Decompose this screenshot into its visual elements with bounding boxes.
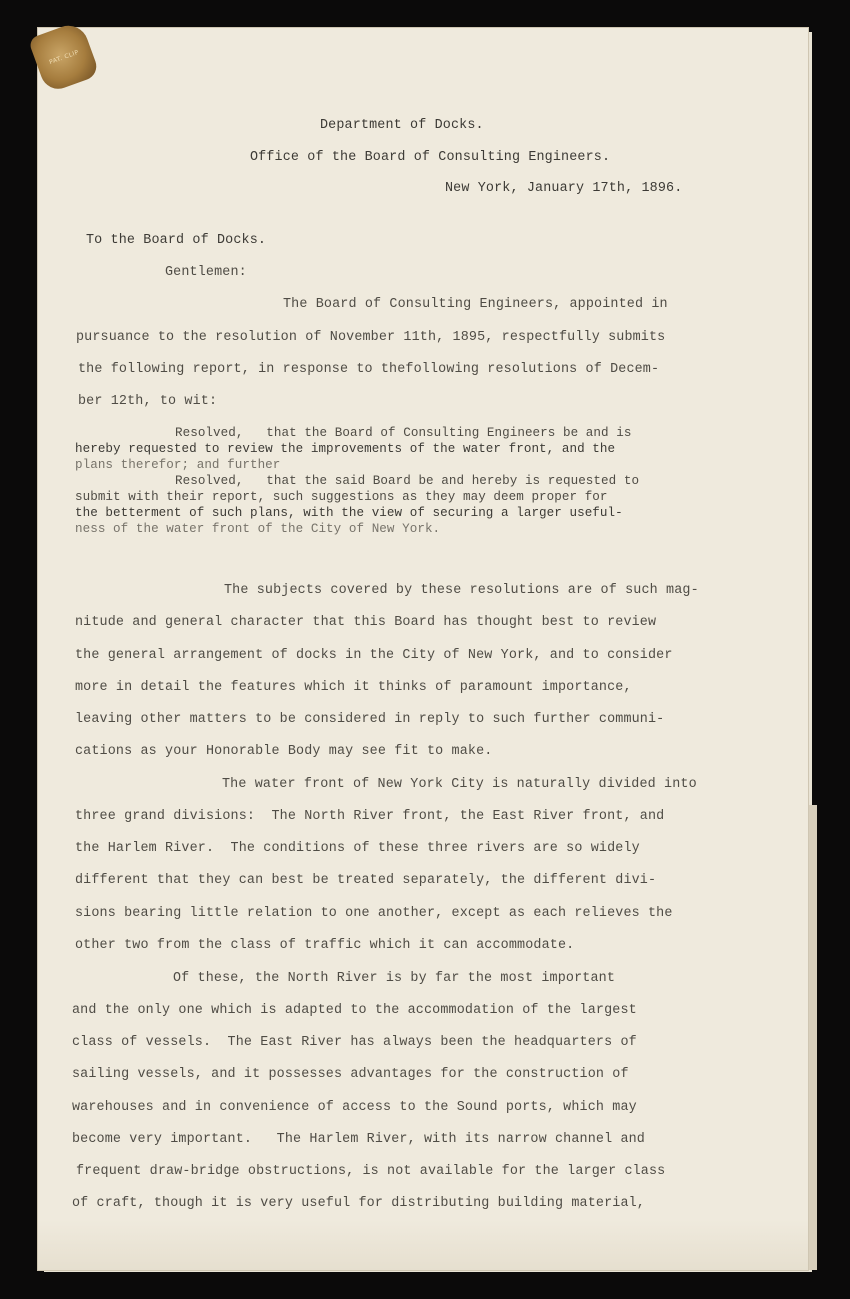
paragraph-line: different that they can best be treated … [75, 873, 656, 888]
paragraph-line: frequent draw-bridge obstructions, is no… [76, 1164, 665, 1179]
paragraph-line: class of vessels. The East River has alw… [72, 1035, 637, 1050]
paragraph-line: warehouses and in convenience of access … [72, 1100, 637, 1115]
paragraph-line: Of these, the North River is by far the … [173, 971, 615, 986]
resolution-line: ness of the water front of the City of N… [75, 522, 440, 536]
paragraph-line: of craft, though it is very useful for d… [72, 1196, 645, 1211]
salutation: Gentlemen: [165, 265, 247, 280]
resolution-line: the betterment of such plans, with the v… [75, 506, 623, 520]
paragraph-line: The subjects covered by these resolution… [224, 583, 699, 598]
paragraph-line: sailing vessels, and it possesses advant… [72, 1067, 629, 1082]
header-department: Department of Docks. [320, 118, 484, 133]
paragraph-line: other two from the class of traffic whic… [75, 938, 574, 953]
paragraph-line: cations as your Honorable Body may see f… [75, 744, 492, 759]
resolution-line: hereby requested to review the improveme… [75, 442, 615, 456]
paragraph-line: the general arrangement of docks in the … [75, 648, 673, 663]
paragraph-line: three grand divisions: The North River f… [75, 809, 664, 824]
paragraph-line: leaving other matters to be considered i… [75, 712, 664, 727]
resolution-line: Resolved, that the Board of Consulting E… [175, 426, 631, 440]
clip-label: PAT. CLIP [48, 48, 80, 65]
resolution-line: Resolved, that the said Board be and her… [175, 474, 639, 488]
paragraph-line: sions bearing little relation to one ano… [75, 906, 673, 921]
header-place-date: New York, January 17th, 1896. [445, 181, 682, 196]
paragraph-line: The water front of New York City is natu… [222, 777, 697, 792]
paragraph-line: and the only one which is adapted to the… [72, 1003, 637, 1018]
paragraph-line: nitude and general character that this B… [75, 615, 656, 630]
resolution-line: plans therefor; and further [75, 458, 280, 472]
paragraph-line: the Harlem River. The conditions of thes… [75, 841, 640, 856]
intro-line: the following report, in response to the… [78, 362, 659, 377]
addressee: To the Board of Docks. [86, 233, 266, 248]
paragraph-line: more in detail the features which it thi… [75, 680, 632, 695]
intro-line: The Board of Consulting Engineers, appoi… [283, 297, 668, 312]
intro-line: pursuance to the resolution of November … [76, 330, 665, 345]
paragraph-line: become very important. The Harlem River,… [72, 1132, 645, 1147]
header-office: Office of the Board of Consulting Engine… [250, 150, 610, 165]
intro-line: ber 12th, to wit: [78, 394, 217, 409]
resolution-line: submit with their report, such suggestio… [75, 490, 608, 504]
